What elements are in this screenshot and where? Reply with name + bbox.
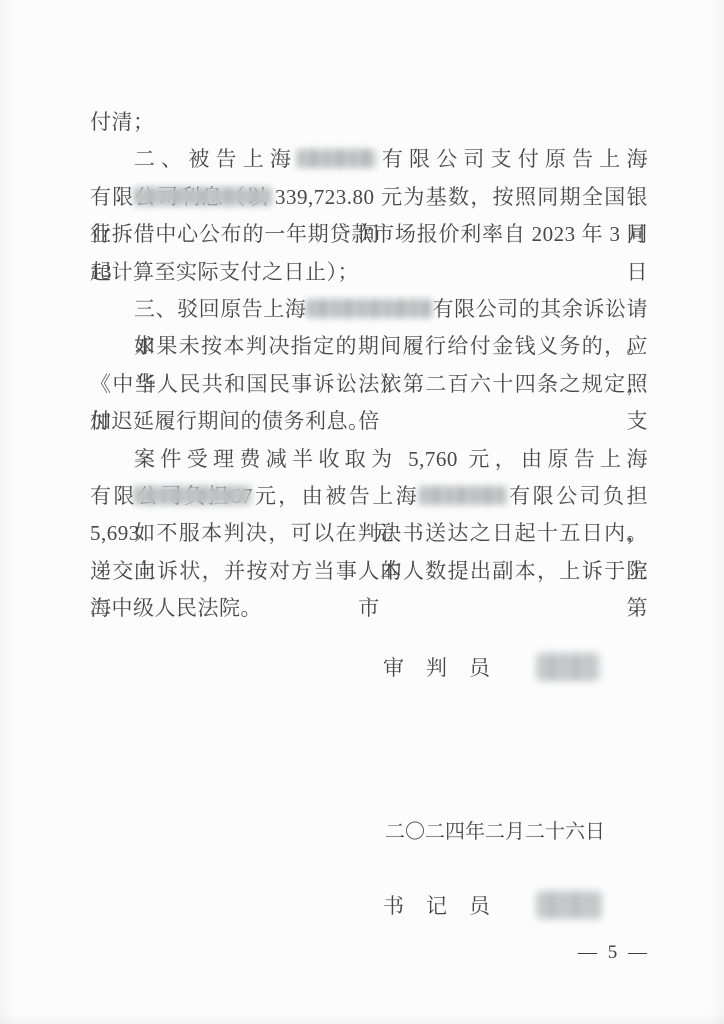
redacted-text	[297, 149, 376, 168]
text-segment: 有限公司支付原告上海	[376, 147, 648, 171]
page-number: — 5 —	[558, 940, 670, 966]
body-line: 业拆借中心公布的一年期贷款市场报价利率自 2023 年 3 月 13 日	[90, 216, 648, 253]
judgment-body: 付清；二、被告上海有限公司支付原告上海有限公司利息（以 339,723.80 元…	[90, 104, 648, 627]
body-line: 二、被告上海有限公司支付原告上海	[90, 141, 648, 178]
document-page: 付清；二、被告上海有限公司支付原告上海有限公司利息（以 339,723.80 元…	[0, 0, 724, 1024]
text-segment: 二、被告上海	[134, 147, 297, 171]
judgment-date: 二〇二四年二月二十六日	[385, 815, 605, 849]
judge-name-redacted	[537, 653, 599, 681]
judge-signature-line: 审 判 员	[383, 650, 599, 684]
body-line: 三、驳回原告上海有限公司的其余诉讼请求。	[90, 291, 648, 328]
text-segment: 案件受理费减半收取为 5,760 元，由原告上海	[134, 447, 648, 471]
text-segment: 付迟延履行期间的债务利息。	[90, 409, 370, 433]
clerk-label: 书 记 员	[383, 890, 491, 920]
body-line: 案件受理费减半收取为 5,760 元，由原告上海	[90, 441, 648, 478]
text-segment: 三、驳回原告上海	[134, 297, 306, 321]
clerk-signature-line: 书 记 员	[383, 888, 601, 922]
body-line: 《中华人民共和国民事诉讼法》第二百六十四条之规定，加倍支	[90, 366, 648, 403]
body-line: 如果未按本判决指定的期间履行给付金钱义务的，应当依照	[90, 328, 648, 365]
redacted-text	[419, 486, 507, 505]
redacted-text	[306, 299, 432, 318]
text-segment: 二中级人民法院。	[90, 596, 262, 620]
body-line: 如不服本判决，可以在判决书送达之日起十五日内，向本院	[90, 515, 648, 552]
clerk-name-redacted	[537, 891, 601, 919]
body-line: 递交上诉状，并按对方当事人的人数提出副本，上诉于上海市第	[90, 553, 648, 590]
body-line: 付清；	[90, 104, 648, 141]
text-segment: 起计算至实际支付之日止）；	[90, 260, 359, 284]
redacted-text	[134, 187, 272, 206]
text-segment: 付清；	[90, 110, 155, 134]
redacted-text	[134, 486, 251, 505]
judge-label: 审 判 员	[383, 652, 491, 682]
